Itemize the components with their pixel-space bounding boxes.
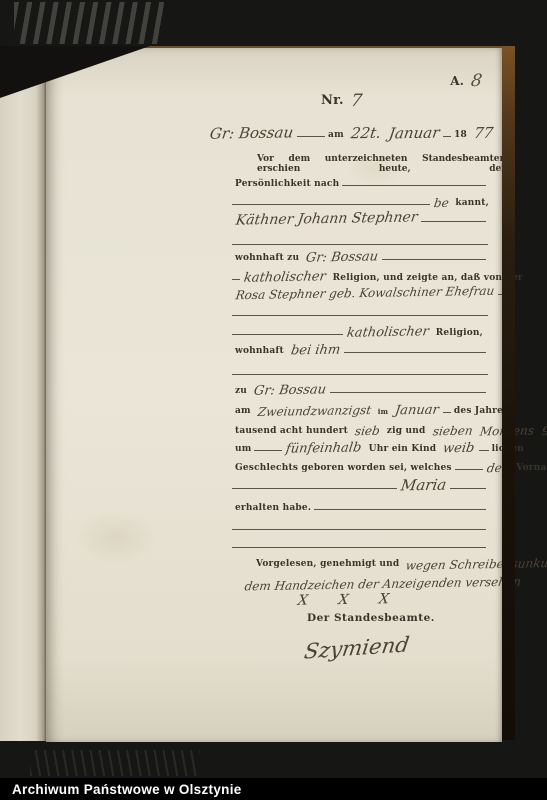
signature-line: Szymiend (301, 628, 412, 658)
binding-tape-texture (14, 2, 164, 44)
background-scratches (30, 750, 200, 776)
left-page-edge (0, 47, 46, 741)
unit-handwritten: sieben (428, 425, 477, 438)
blank-line (314, 509, 486, 510)
scanned-register-photo: A. 8 Nr. 7 Gr: Bossau am 22t. Januar 18 … (0, 0, 547, 800)
birthtime-line: um fünfeinhalb Uhr ein Kind weib lichen (232, 437, 502, 454)
im-label: im (375, 408, 391, 416)
blank-line (254, 450, 282, 451)
uhr-kind-label: Uhr ein Kind (366, 444, 440, 454)
corner-number-handwritten: 8 (466, 73, 487, 90)
residence-line-1: wohnhaft zu Gr: Bossau (232, 246, 486, 263)
record-number: Nr. 7 (318, 92, 366, 109)
official-title-line: Der Standesbeamte. (304, 607, 438, 624)
standesbeamte-label: Der Standesbeamte. (304, 612, 438, 624)
declarant-line: Käthner Johann Stephner (232, 207, 486, 225)
zu-label: zu (232, 386, 250, 396)
blank-line (443, 412, 451, 413)
blank-line (455, 469, 483, 470)
wohnhaft-label: wohnhaft (232, 346, 287, 356)
blank-line (232, 488, 397, 489)
wohnhaft-zu-label: wohnhaft zu (232, 253, 302, 263)
persoenlichkeit-label: Persönlichkeit nach (232, 179, 342, 189)
geschlecht-line: Geschlechts geboren worden sei, welches … (232, 456, 502, 473)
page-corner-mark: A. 8 (447, 72, 486, 89)
archive-watermark-text: Archiwum Państwowe w Olsztynie (0, 782, 242, 797)
book-cover-edge (502, 46, 515, 740)
mother-line: Rosa Stephner geb. Kowalschiner Ehefrau (232, 280, 486, 298)
blank-rule (232, 315, 488, 316)
day-ordinal-handwritten: Zweiundzwanzigst (253, 404, 376, 418)
erhalten-line: erhalten habe. (232, 496, 486, 513)
blank-line (479, 450, 489, 451)
birthyear-line: tausend acht hundert sieb zig und sieben… (232, 419, 502, 436)
closing-handwritten-1: wegen Schreibensunkunde mit (401, 556, 547, 571)
birthplace-line: zu Gr: Bossau (232, 379, 486, 396)
corner-letter: A. (447, 75, 467, 89)
nr-value-handwritten: 7 (345, 93, 366, 110)
blank-line (330, 392, 486, 393)
child-name-handwritten: Maria (396, 478, 451, 494)
blank-line (297, 136, 325, 137)
religion-line-2: katholischer Religion, (232, 321, 486, 338)
blank-line (342, 185, 486, 186)
intro-sentence: Vor dem unterzeichneten Standesbeamten e… (257, 154, 506, 174)
blank-rule (232, 547, 486, 548)
bei-ihm-handwritten: bei ihm (286, 344, 345, 358)
year-printed: 18 (451, 130, 470, 140)
blank-line (421, 221, 486, 222)
closing-line-2: dem Handzeichen der Anzeigenden versehen (241, 572, 525, 589)
handmarks-line: X X X (294, 589, 393, 606)
decade-handwritten: sieb (350, 425, 385, 438)
year-handwritten: 77 (469, 126, 498, 141)
blank-line (382, 259, 486, 260)
birth-month-handwritten: Januar (390, 404, 444, 418)
blank-rule (232, 374, 488, 375)
document-page: A. 8 Nr. 7 Gr: Bossau am 22t. Januar 18 … (46, 46, 502, 742)
religion-2-handwritten: katholischer (342, 325, 434, 340)
am-label-2: am (232, 406, 254, 416)
nr-label: Nr. (318, 94, 347, 109)
blank-line (344, 352, 486, 353)
residence-2-handwritten: Gr: Bossau (249, 383, 331, 397)
x-handmarks: X X X (293, 592, 394, 608)
blank-rule (232, 529, 486, 530)
am-label: am (325, 130, 347, 140)
place-date-line: Gr: Bossau am 22t. Januar 18 77 (206, 118, 484, 140)
blank-rule (232, 244, 488, 245)
firstname-line: Maria (232, 473, 486, 492)
blank-line (232, 334, 343, 335)
blank-line (232, 204, 430, 205)
residence-line-2: wohnhaft bei ihm (232, 339, 486, 356)
watermark-bar: Archiwum Państwowe w Olsztynie (0, 778, 547, 800)
daytime-mark-handwritten: 9 (537, 425, 547, 437)
declarant-name-handwritten: Käthner Johann Stephner (231, 210, 423, 227)
place-handwritten: Gr: Bossau (205, 125, 298, 142)
religion-2-label: Religion, (433, 328, 486, 338)
gender-handwritten: weib (438, 442, 479, 456)
day-handwritten: 22t. (346, 126, 386, 142)
vornamen-label: Vornamen (513, 463, 547, 473)
mother-name-handwritten: Rosa Stephner geb. Kowalschiner Ehefrau (231, 285, 499, 302)
hour-handwritten: fünfeinhalb (281, 441, 366, 455)
geschlechts-label: Geschlechts geboren worden sei, welches (232, 463, 455, 473)
bekannt-line: be kannt, (232, 191, 492, 208)
persoenlichkeit-line: Persönlichkeit nach (232, 172, 486, 189)
tausend-label: tausend acht hundert (232, 426, 351, 436)
blank-line (450, 488, 486, 489)
birthdate-line: am Zweiundzwanzigst im Januar des Jahres (232, 399, 502, 416)
registrar-signature-handwritten: Szymiend (299, 634, 415, 663)
erhalten-label: erhalten habe. (232, 503, 314, 513)
month-handwritten: Januar (384, 125, 445, 141)
blank-line (443, 136, 451, 137)
closing-printed-label: Vorgelesen, genehmigt und (253, 559, 402, 569)
um-label: um (232, 444, 254, 454)
residence-1-handwritten: Gr: Bossau (301, 250, 383, 264)
zig-und-label: zig und (384, 426, 429, 436)
